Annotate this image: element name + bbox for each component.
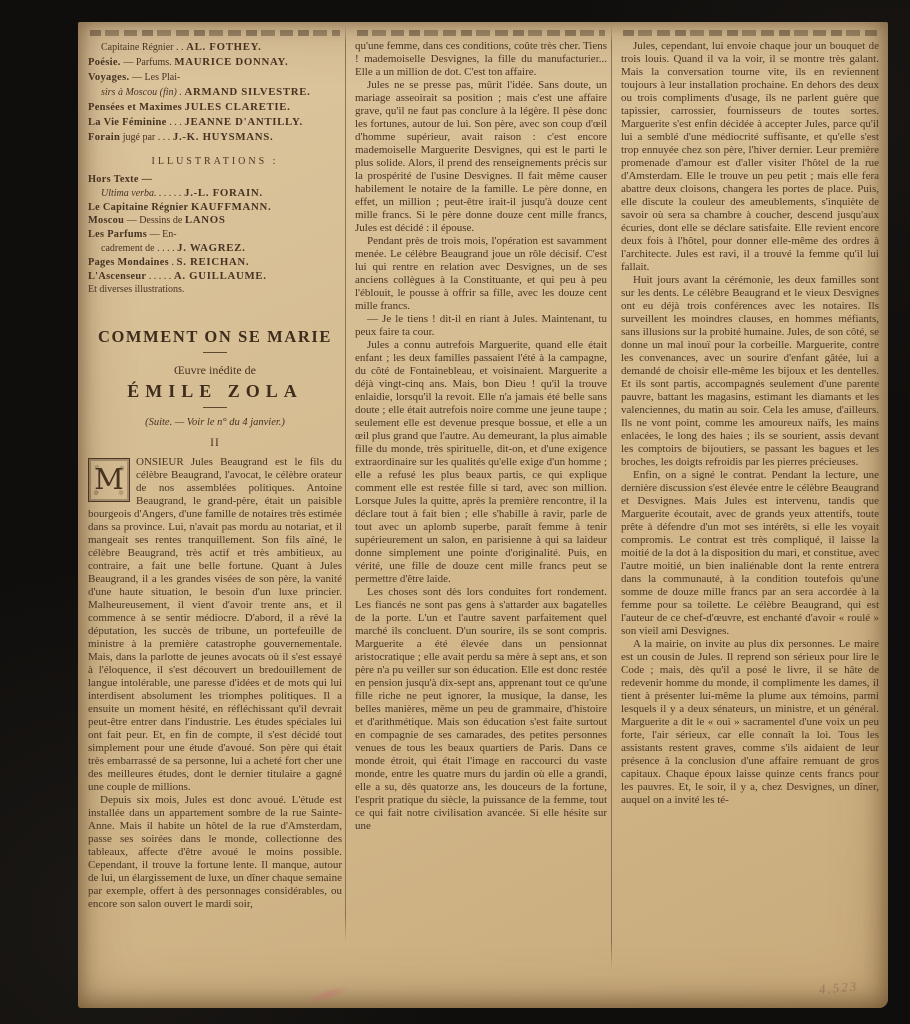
clipped-text-line	[623, 30, 877, 36]
illustration-label: L'Ascenseur	[88, 271, 146, 282]
illustrator-name: LANOS	[185, 214, 226, 226]
contents-label: La Vie Féminine	[88, 117, 167, 128]
illustration-detail: Et diverses illustrations.	[88, 284, 184, 295]
article-paragraph: Huit jours avant la cérémonie, les deux …	[621, 274, 879, 469]
contents-row: Poésie. — Parfums. MAURICE DONNAY.	[88, 55, 342, 70]
illustrator-name: S. REICHAN.	[177, 256, 250, 268]
article-paragraph: Enfin, on a signé le contrat. Pendant la…	[621, 469, 879, 638]
illustration-detail: cadrement de . . . .	[101, 243, 175, 254]
drop-cap-initial: M	[88, 458, 130, 502]
contents-row: Voyages. — Les Plai-	[88, 70, 342, 85]
scan-background: { "colors": { "paper": "#d4bb90", "ink":…	[0, 0, 910, 1024]
contents-detail: jugé par . . .	[123, 132, 171, 143]
illustration-row: cadrement de . . . . J. WAGREZ.	[88, 242, 342, 256]
clipped-text-line	[90, 30, 340, 36]
illustration-detail: — En-	[150, 229, 177, 240]
illustration-label: Les Parfums	[88, 229, 147, 240]
illustrator-name: KAUFFMANN.	[191, 201, 271, 213]
title-rule	[203, 352, 227, 353]
article-paragraph: qu'une femme, dans ces conditions, coûte…	[355, 40, 607, 79]
contents-label: Voyages.	[88, 72, 129, 83]
illustration-label: Le Capitaine Régnier	[88, 202, 188, 213]
contributor-name: JULES CLARETIE.	[185, 101, 291, 113]
contributor-name: MAURICE DONNAY.	[174, 56, 288, 68]
illustration-row: L'Ascenseur . . . . . A. GUILLAUME.	[88, 270, 342, 284]
illustration-label: Moscou	[88, 215, 124, 226]
illustrator-name: A. GUILLAUME.	[174, 270, 267, 282]
illustrator-name: J. WAGREZ.	[177, 242, 245, 254]
illustrations-heading: ILLUSTRATIONS :	[88, 156, 342, 167]
illustration-row: Pages Mondaines . S. REICHAN.	[88, 256, 342, 270]
article-subtitle: Œuvre inédite de	[88, 363, 342, 378]
article-paragraph: Jules ne se presse pas, mûrit l'idée. Sa…	[355, 79, 607, 235]
pencil-annotation: 4.523	[818, 978, 858, 997]
illustration-row: Les Parfums — En-	[88, 228, 342, 242]
illustration-detail: .	[171, 257, 174, 268]
article-paragraph: Pendant près de trois mois, l'opération …	[355, 235, 607, 313]
contents-label: Poésie.	[88, 57, 121, 68]
contents-detail: . . .	[169, 117, 182, 128]
contributor-name: AL. FOTHEY.	[186, 41, 261, 53]
article-paragraph: Jules, cependant, lui envoie chaque jour…	[621, 40, 879, 274]
paragraph-text: ONSIEUR Jules Beaugrand est le fils du c…	[88, 456, 342, 793]
ink-smudge	[305, 982, 350, 1006]
contents-detail: Capitaine Régnier . .	[101, 42, 183, 53]
illustrator-name: J.-L. FORAIN.	[184, 187, 263, 199]
contents-row: Capitaine Régnier . . AL. FOTHEY.	[88, 40, 342, 55]
article-paragraph: — Je le tiens ! dit-il en riant à Jules.…	[355, 313, 607, 339]
contents-detail: — Les Plai-	[132, 72, 180, 83]
contents-row: Pensées et Maximes JULES CLARETIE.	[88, 100, 342, 115]
author-rule	[203, 407, 227, 408]
continuation-note: (Suite. — Voir le n° du 4 janvier.)	[88, 417, 342, 428]
column-rule	[345, 25, 346, 943]
illustration-row: Moscou — Dessins de LANOS	[88, 214, 342, 228]
contents-row: Forain jugé par . . . J.-K. HUYSMANS.	[88, 130, 342, 145]
article-paragraph: M ONSIEUR Jules Beaugrand est le fils du…	[88, 456, 342, 794]
chapter-number: II	[88, 437, 342, 449]
illustration-row: Le Capitaine Régnier KAUFFMANN.	[88, 201, 342, 215]
author-name: ÉMILE ZOLA	[88, 381, 342, 402]
contents-detail: sirs à Moscou (fin) .	[101, 87, 182, 98]
illustration-row: Hors Texte —	[88, 173, 342, 187]
article-title: COMMENT ON SE MARIE	[88, 327, 342, 347]
article-paragraph: A la mairie, on invite au plus dix perso…	[621, 638, 879, 807]
contributor-name: ARMAND SILVESTRE.	[184, 86, 310, 98]
illustration-label: Hors Texte —	[88, 174, 152, 185]
contents-label: Forain	[88, 132, 120, 143]
article-paragraph: Les choses sont dès lors conduites fort …	[355, 586, 607, 833]
illustration-label: Pages Mondaines	[88, 257, 169, 268]
column-3: Jules, cependant, lui envoie chaque jour…	[621, 28, 879, 807]
contents-row: sirs à Moscou (fin) . ARMAND SILVESTRE.	[88, 85, 342, 100]
column-2: qu'une femme, dans ces conditions, coûte…	[355, 28, 607, 833]
illustration-row: Ultima verba. . . . . . J.-L. FORAIN.	[88, 187, 342, 201]
column-rule	[611, 25, 612, 970]
contents-detail: — Parfums.	[123, 57, 171, 68]
newspaper-page: Capitaine Régnier . . AL. FOTHEY. Poésie…	[78, 22, 888, 1008]
article-paragraph: Jules a connu autrefois Marguerite, quan…	[355, 339, 607, 586]
illustration-detail: Ultima verba. . . . . .	[101, 188, 182, 199]
contents-row: La Vie Féminine . . . JEANNE D'ANTILLY.	[88, 115, 342, 130]
contents-label: Pensées et Maximes	[88, 102, 182, 113]
clipped-text-line	[357, 30, 605, 36]
contributor-name: J.-K. HUYSMANS.	[173, 131, 273, 143]
illustration-row: Et diverses illustrations.	[88, 283, 342, 297]
column-1: Capitaine Régnier . . AL. FOTHEY. Poésie…	[88, 28, 342, 911]
illustration-detail: — Dessins de	[127, 215, 183, 226]
contributor-name: JEANNE D'ANTILLY.	[184, 116, 303, 128]
article-paragraph: Depuis six mois, Jules est donc avoué. L…	[88, 794, 342, 911]
illustration-detail: . . . . .	[149, 271, 172, 282]
